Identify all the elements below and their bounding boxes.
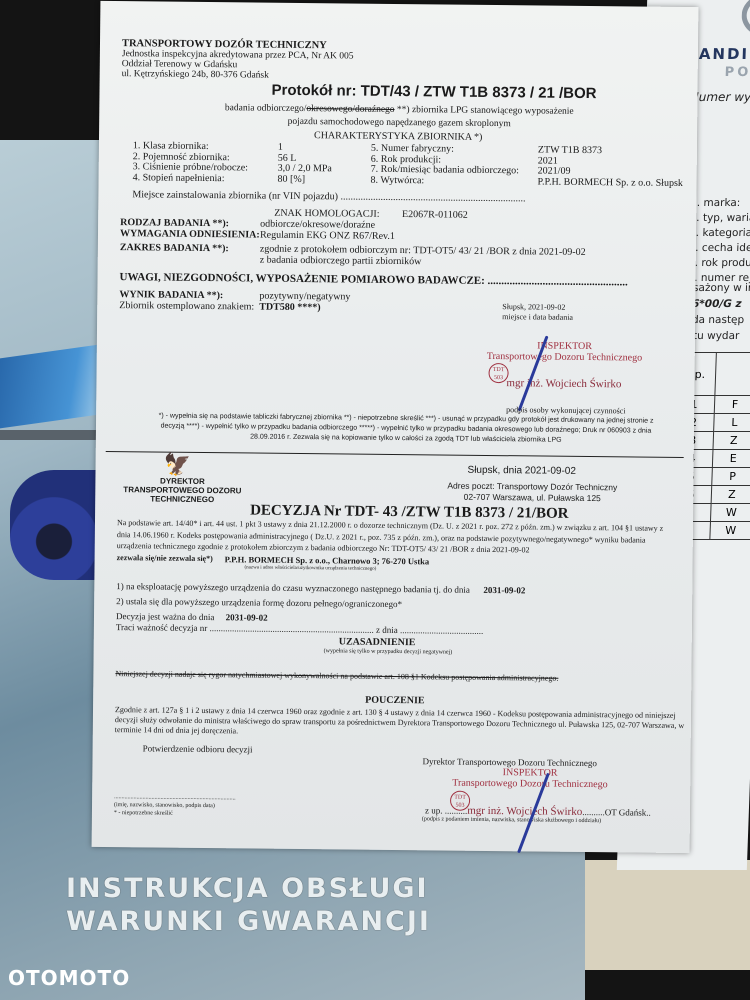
characteristic-value2: P.P.H. BORMECH Sp. z o.o. Słupsk	[538, 177, 688, 189]
issuer-line: TECHNICZNEGO	[123, 494, 241, 504]
decision-points: 1) na eksploatację powyższego urządzenia…	[116, 579, 525, 613]
homologation-value: E2067R-011062	[402, 209, 468, 221]
exam-row-label: ZAKRES BADANIA **):	[120, 242, 229, 254]
signer-suffix: ..........OT Gdańsk..	[582, 807, 651, 818]
table-cell: W	[710, 504, 750, 522]
valid-date: 2031-09-02	[226, 612, 268, 622]
owner-caption: (nazwa i adres właściciela/użytkownika u…	[244, 565, 376, 571]
unnecessary-note: * - niepotrzebne skreślić	[114, 809, 236, 818]
next-exam-date: 2031-09-02	[483, 585, 525, 595]
exam-place-date: Słupsk, 2021-09-02 miejsce i data badani…	[502, 302, 573, 323]
table-cell: Z	[713, 432, 750, 450]
protocol-title: Protokół nr: TDT/43 / ZTW T1B 8373 / 21 …	[271, 82, 596, 102]
eagle-emblem-icon: 🦅	[163, 452, 191, 478]
table-cell: P	[712, 468, 750, 486]
immediate-enforcement: Niniejszej decyzji nadaje się rygor naty…	[115, 669, 558, 683]
numer-label: Numer wyc	[690, 90, 750, 104]
stamp-org: Transportowego Dozoru Technicznego	[452, 778, 607, 791]
decision-address: Adres poczt: Transportowy Dozór Technicz…	[447, 481, 617, 505]
stamp-org: Transportowego Dozoru Technicznego	[487, 351, 642, 364]
stamp-value: TDT580 ****)	[259, 302, 321, 314]
exam-row-value: z badania odbiorczego partii zbiorników	[260, 255, 422, 268]
exam-row-value: Regulamin EKG ONZ R67/Rev.1	[260, 230, 395, 242]
lpg-protocol-document: TRANSPORTOWY DOZÓR TECHNICZNY Jednostka …	[92, 1, 699, 853]
decision-date: Słupsk, dnia 2021-09-02	[467, 465, 576, 477]
table-cell: F	[714, 396, 750, 414]
table-cell: L	[714, 414, 750, 432]
beige-paper	[585, 860, 750, 970]
decision-body: Na podstawie art. 14/40* i art. 44 ust. …	[117, 517, 677, 557]
signature-caption: podpis osoby wykonującej czynności	[506, 405, 625, 415]
characteristic-label: 4. Stopień napełnienia:	[133, 173, 273, 185]
owner-company: P.P.H. BORMECH Sp. z o.o., Charnowo 3; 7…	[225, 554, 430, 566]
valid-label: Decyzja jest ważna do dnia	[116, 611, 215, 622]
receiver-caption: ........................................…	[114, 793, 236, 818]
receipt-label: Potwierdzenie odbioru decyzji	[143, 743, 253, 754]
inspector-name: mgr inż. Wojciech Świrko	[506, 377, 621, 390]
exam-result: WYNIK BADANIA **):pozytywny/negatywny Zb…	[119, 289, 254, 312]
brand-sub: POL	[724, 65, 750, 80]
point-1: 1) na eksploatację powyższego urządzenia…	[116, 581, 470, 595]
section-divider	[106, 451, 684, 458]
brochure-title: INSTRUKCJA OBSŁUGI WARUNKI GWARANCJI	[66, 872, 431, 938]
brochure-title-line2: WARUNKI GWARANCJI	[66, 905, 431, 938]
landi-logo-icon	[741, 0, 750, 40]
inspector-stamp: INSPEKTOR Transportowego Dozoru Technicz…	[487, 340, 643, 364]
brochure-title-line1: INSTRUKCJA OBSŁUGI	[66, 872, 431, 905]
decision-stamp: INSPEKTOR Transportowego Dozoru Technicz…	[452, 767, 608, 791]
instruction-title: POUCZENIE	[365, 695, 425, 707]
validity: Decyzja jest ważna do dnia 2031-09-02 Tr…	[116, 611, 484, 637]
characteristic-value: 80 [%]	[278, 174, 358, 185]
protocol-subtitle: badania odbiorczego/okresowego/doraźnego…	[209, 102, 589, 132]
instruction-body: Zgodnie z art. 127a § 1 i 2 ustawy z dni…	[115, 705, 685, 741]
exam-row-label: WYMAGANIA ODNIESIENIA:	[120, 228, 260, 240]
stamp-label: Zbiornik ostemplowano znakiem:	[119, 300, 254, 312]
issuer-header: TRANSPORTOWY DOZÓR TECHNICZNY Jednostka …	[122, 39, 354, 81]
characteristics-heading: CHARAKTERYSTYKA ZBIORNIKA *)	[314, 130, 482, 143]
vin-location: Miejsce zainstalowania zbiornika (nr VIN…	[132, 189, 525, 204]
table-header	[715, 353, 750, 396]
issuer-address: ul. Kętrzyńskiego 24b, 80-376 Gdańsk	[122, 69, 269, 81]
justification-title: UZASADNIENIE	[339, 636, 416, 648]
table-cell: E	[712, 450, 750, 468]
sub-strike: okresowego/doraźnego	[306, 104, 394, 115]
permit-text: zezwala się/nie zezwala się*)	[117, 553, 213, 563]
address-line: 02-707 Warszawa, ul. Puławska 125	[447, 492, 617, 505]
justification-caption: (wypełnia się tylko w przypadku decyzji …	[324, 648, 453, 655]
remarks: UWAGI, NIEZGODNOŚCI, WYPOSAŻENIE POMIARO…	[119, 271, 627, 288]
table-cell: W	[710, 522, 750, 540]
decision-issuer: DYREKTOR TRANSPORTOWEGO DOZORU TECHNICZN…	[123, 476, 241, 504]
table-cell: Z	[711, 486, 750, 504]
sub-a: badania odbiorczego/	[225, 103, 307, 114]
signer-prefix: z up. ..........	[425, 805, 467, 815]
place-date-caption: miejsce i data badania	[502, 312, 573, 323]
otomoto-watermark: OTOMOTO	[8, 966, 130, 990]
signer-caption: (podpis z podaniem imienia, nazwiska, st…	[422, 816, 601, 824]
footnotes: *) - wypełnia się na podstawie tabliczki…	[146, 411, 666, 446]
